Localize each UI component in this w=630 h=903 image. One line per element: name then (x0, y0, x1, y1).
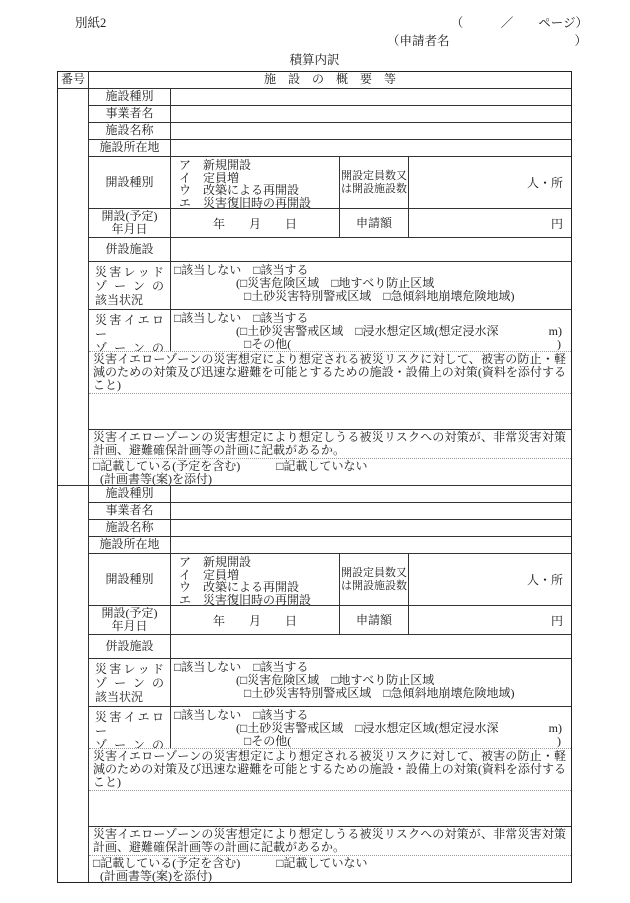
operator-name-input-area[interactable] (171, 503, 571, 519)
red-zone-label: 災害レッド ゾーンの 該当状況 (89, 659, 171, 706)
page-title: 積算内訳 (57, 50, 572, 68)
operator-name-label: 事業者名 (89, 106, 171, 122)
opening-type-option-a: ア 新規開設 (179, 159, 339, 172)
capacity-label: 開設定員数又は開設施設数 (340, 554, 409, 605)
facility-entry-body: 施設種別 事業者名 施設名称 施設所在地 (89, 89, 571, 485)
facility-type-label: 施設種別 (89, 486, 171, 502)
annex-facility-input-area[interactable] (171, 635, 571, 658)
plan-answer-attachment-note: (計画書等(案)を添付) (93, 473, 571, 485)
opening-type-option-e: エ 災害復旧時の再開設 (179, 197, 339, 209)
opening-date-label: 開設(予定) 年月日 (89, 209, 171, 237)
yellow-zone-row: 災害イエロー ゾーンの 該当状況 □該当しない □該当する (□土砂災害警戒区域… (89, 310, 571, 352)
column-header-facility-overview: 施 設 の 概 要 等 (89, 72, 571, 88)
opening-date-input-area[interactable]: 年 月 日 (171, 209, 340, 237)
measures-section: 災害イエローゾーンの災害想定により想定される被災リスクに対して、被害の防止・軽減… (89, 749, 571, 827)
application-amount-input-area[interactable]: 円 (409, 209, 571, 237)
opening-type-option-e: エ 災害復旧時の再開設 (179, 594, 339, 606)
annex-facility-label: 併設施設 (89, 635, 171, 658)
facility-name-row: 施設名称 (89, 123, 571, 140)
plan-answer-section: □記載している(予定を含む) □記載していない (計画書等(案)を添付) (89, 459, 571, 485)
plan-answer-checkbox-line[interactable]: □記載している(予定を含む) □記載していない (93, 857, 571, 870)
annex-facility-label: 併設施設 (89, 238, 171, 261)
applicant-name-field: （申請者名 ） (387, 31, 587, 49)
application-amount-label: 申請額 (340, 606, 409, 634)
facility-name-input-area[interactable] (171, 123, 571, 139)
table-header-row: 番号 施 設 の 概 要 等 (58, 72, 571, 89)
opening-type-label: 開設種別 (89, 554, 171, 605)
facility-address-label: 施設所在地 (89, 140, 171, 156)
yellow-zone-checkbox-line-3[interactable]: □その他( ) (174, 338, 571, 351)
plan-question-text: 災害イエローゾーンの災害想定により想定しうる被災リスクへの対策が、非常災害対策計… (89, 827, 571, 855)
yellow-zone-options: □該当しない □該当する (□土砂災害警戒区域 □浸水想定区域(想定浸水深 m)… (171, 707, 571, 748)
opening-type-options: ア 新規開設 イ 定員増 ウ 改築による再開設 エ 災害復旧時の再開設 (171, 554, 340, 605)
facility-address-label: 施設所在地 (89, 537, 171, 553)
entry-number-cell[interactable] (58, 486, 89, 882)
opening-type-label: 開設種別 (89, 157, 171, 208)
yellow-zone-checkbox-line-2[interactable]: (□土砂災害警戒区域 □浸水想定区域(想定浸水深 m) (174, 722, 571, 735)
red-zone-row: 災害レッド ゾーンの 該当状況 □該当しない □該当する (□災害危険区域 □地… (89, 262, 571, 310)
yellow-zone-label: 災害イエロー ゾーンの 該当状況 (89, 310, 171, 351)
annex-facility-row: 併設施設 (89, 635, 571, 659)
measures-input-area[interactable] (89, 394, 571, 429)
document-page: 別紙2 （ ／ ページ） （申請者名 ） 積算内訳 番号 施 設 の 概 要 等… (0, 0, 630, 903)
facility-address-row: 施設所在地 (89, 140, 571, 157)
entry-number-cell[interactable] (58, 89, 89, 485)
measures-instruction-text: 災害イエローゾーンの災害想定により想定される被災リスクに対して、被害の防止・軽減… (89, 352, 571, 394)
yellow-zone-label: 災害イエロー ゾーンの 該当状況 (89, 707, 171, 748)
other-close-paren: ) (557, 338, 561, 351)
opening-date-row: 開設(予定) 年月日 年 月 日 申請額 円 (89, 606, 571, 635)
other-close-paren: ) (557, 735, 561, 748)
plan-answer-checkbox-line[interactable]: □記載している(予定を含む) □記載していない (93, 460, 571, 473)
facility-address-row: 施設所在地 (89, 537, 571, 554)
opening-date-row: 開設(予定) 年月日 年 月 日 申請額 円 (89, 209, 571, 238)
operator-name-row: 事業者名 (89, 106, 571, 123)
opening-type-options: ア 新規開設 イ 定員増 ウ 改築による再開設 エ 災害復旧時の再開設 (171, 157, 340, 208)
operator-name-row: 事業者名 (89, 503, 571, 520)
attachment-label: 別紙2 (75, 13, 106, 31)
yellow-zone-checkbox-line-3[interactable]: □その他( ) (174, 735, 571, 748)
facility-name-input-area[interactable] (171, 520, 571, 536)
opening-type-option-a: ア 新規開設 (179, 556, 339, 569)
opening-type-option-u: ウ 改築による再開設 (179, 184, 339, 197)
yellow-zone-checkbox-line-2[interactable]: (□土砂災害警戒区域 □浸水想定区域(想定浸水深 m) (174, 325, 571, 338)
facility-name-row: 施設名称 (89, 520, 571, 537)
facility-entry-block: 施設種別 事業者名 施設名称 施設所在地 (58, 486, 571, 882)
red-zone-options: □該当しない □該当する (□災害危険区域 □地すべり防止区域 □土砂災害特別警… (171, 262, 571, 309)
operator-name-label: 事業者名 (89, 503, 171, 519)
red-zone-row: 災害レッド ゾーンの 該当状況 □該当しない □該当する (□災害危険区域 □地… (89, 659, 571, 707)
opening-date-input-area[interactable]: 年 月 日 (171, 606, 340, 634)
opening-type-row: 開設種別 ア 新規開設 イ 定員増 ウ 改築による再開設 エ 災害復旧時の再開設… (89, 554, 571, 606)
opening-type-row: 開設種別 ア 新規開設 イ 定員増 ウ 改築による再開設 エ 災害復旧時の再開設… (89, 157, 571, 209)
facility-entry-body: 施設種別 事業者名 施設名称 施設所在地 (89, 486, 571, 882)
facility-type-input-area[interactable] (171, 89, 571, 105)
facility-name-label: 施設名称 (89, 123, 171, 139)
measures-input-area[interactable] (89, 791, 571, 826)
red-zone-label: 災害レッド ゾーンの 該当状況 (89, 262, 171, 309)
yellow-zone-row: 災害イエロー ゾーンの 該当状況 □該当しない □該当する (□土砂災害警戒区域… (89, 707, 571, 749)
application-amount-input-area[interactable]: 円 (409, 606, 571, 634)
annex-facility-input-area[interactable] (171, 238, 571, 261)
facility-type-row: 施設種別 (89, 89, 571, 106)
red-zone-checkbox-line-3[interactable]: □土砂災害特別警戒区域 □急傾斜地崩壊危険地域) (174, 687, 571, 700)
capacity-input-area[interactable]: 人・所 (409, 554, 571, 605)
plan-question-section: 災害イエローゾーンの災害想定により想定しうる被災リスクへの対策が、非常災害対策計… (89, 430, 571, 459)
plan-question-text: 災害イエローゾーンの災害想定により想定しうる被災リスクへの対策が、非常災害対策計… (89, 430, 571, 458)
measures-instruction-text: 災害イエローゾーンの災害想定により想定される被災リスクに対して、被害の防止・軽減… (89, 749, 571, 791)
yellow-zone-options: □該当しない □該当する (□土砂災害警戒区域 □浸水想定区域(想定浸水深 m)… (171, 310, 571, 351)
plan-answer-section: □記載している(予定を含む) □記載していない (計画書等(案)を添付) (89, 856, 571, 882)
application-amount-label: 申請額 (340, 209, 409, 237)
facility-name-label: 施設名称 (89, 520, 171, 536)
facility-type-label: 施設種別 (89, 89, 171, 105)
facility-type-input-area[interactable] (171, 486, 571, 502)
capacity-input-area[interactable]: 人・所 (409, 157, 571, 208)
facility-address-input-area[interactable] (171, 537, 571, 553)
facility-entry-block: 施設種別 事業者名 施設名称 施設所在地 (58, 89, 571, 486)
page-number-field: （ ／ ページ） (451, 13, 588, 31)
red-zone-checkbox-line-3[interactable]: □土砂災害特別警戒区域 □急傾斜地崩壊危険地域) (174, 290, 571, 303)
capacity-label: 開設定員数又は開設施設数 (340, 157, 409, 208)
red-zone-options: □該当しない □該当する (□災害危険区域 □地すべり防止区域 □土砂災害特別警… (171, 659, 571, 706)
annex-facility-row: 併設施設 (89, 238, 571, 262)
facility-address-input-area[interactable] (171, 140, 571, 156)
cost-breakdown-table: 番号 施 設 の 概 要 等 施設種別 事業者名 施設名称 (57, 71, 572, 883)
plan-answer-attachment-note: (計画書等(案)を添付) (93, 870, 571, 882)
plan-question-section: 災害イエローゾーンの災害想定により想定しうる被災リスクへの対策が、非常災害対策計… (89, 827, 571, 856)
opening-type-option-u: ウ 改築による再開設 (179, 581, 339, 594)
opening-date-label: 開設(予定) 年月日 (89, 606, 171, 634)
operator-name-input-area[interactable] (171, 106, 571, 122)
measures-section: 災害イエローゾーンの災害想定により想定される被災リスクに対して、被害の防止・軽減… (89, 352, 571, 430)
facility-type-row: 施設種別 (89, 486, 571, 503)
column-header-number: 番号 (58, 72, 89, 88)
